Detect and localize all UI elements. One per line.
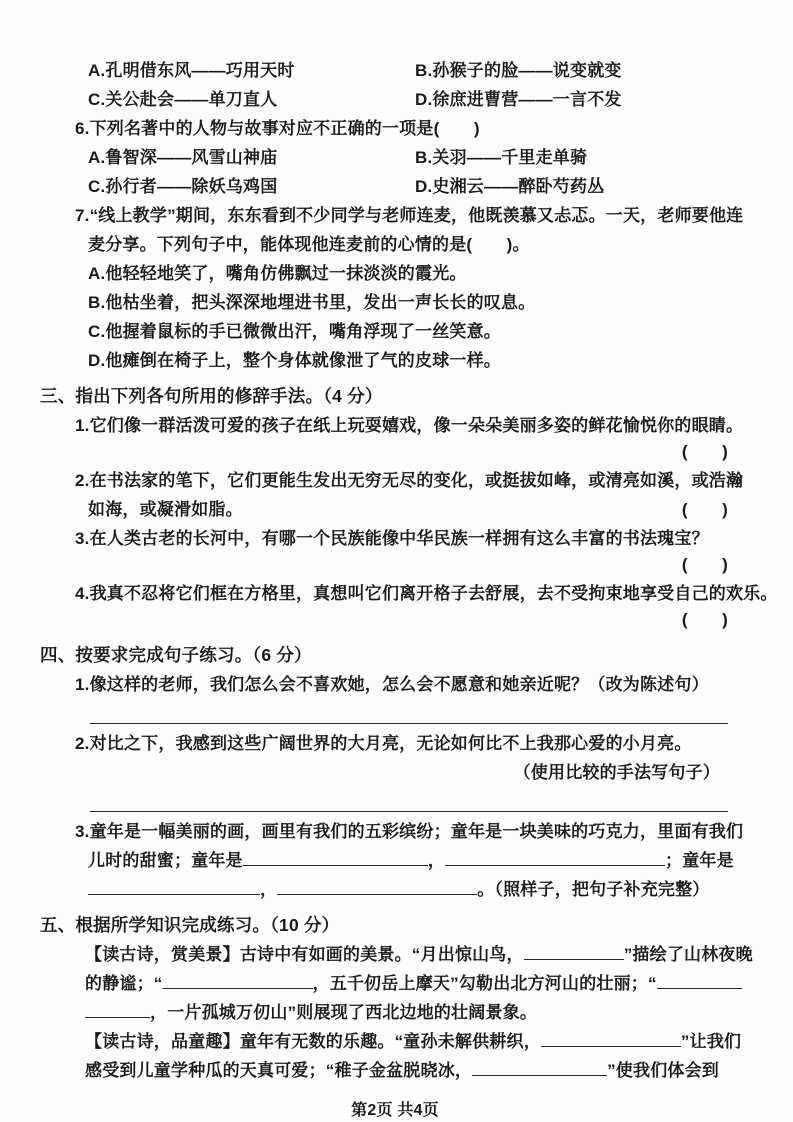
section-5-p2-text: 感受到儿童学种瓜的天真可爱；“稚子金盆脱晓冰， [85,1061,472,1080]
answer-rule [90,811,728,812]
q7-option-c: C.他握着鼠标的手已微微出汗，嘴角浮现了一丝笑意。 [88,317,750,346]
q5-option-b: B.孙猴子的脸——说变就变 [415,56,622,85]
answer-blank [163,972,313,989]
section-3-item-1: 1.它们像一群活泼可爱的孩子在纸上玩耍嬉戏，像一朵朵美丽多姿的鲜花愉悦你的眼睛。 [75,411,750,440]
answer-blank [524,943,624,960]
q6-option-d: D.史湘云——醉卧芍药丛 [415,172,604,201]
q5-options-row-2: C.关公赴会——单刀直人 D.徐庶进曹营——一言不发 [40,85,750,114]
section-3-item-4: 4.我真不忍将它们框在方格里，真想叫它们离开格子去舒展，去不受拘束地享受自己的欢… [75,579,750,608]
section-4-item-3-line-1: 3.童年是一幅美丽的画，画里有我们的五彩缤纷；童年是一块美味的巧克力，里面有我们 [75,817,750,846]
section-5-p2-label: 【读古诗，品童趣】 [85,1032,240,1051]
q7-option-b: B.他枯坐着，把头深深地埋进书里，发出一声长长的叹息。 [88,288,750,317]
q5-option-a: A.孔明借东风——巧用天时 [88,56,415,85]
answer-blank [541,1030,681,1047]
section-4-item-3-line-3: ，。（照样子，把句子补充完整） [88,875,750,904]
section-5-p2-line-1: 【读古诗，品童趣】童年有无数的乐趣。“童孙未解供耕织，”让我们 [85,1027,750,1056]
section-4-item-2-note: （使用比较的手法写句子） [40,758,750,787]
q6-options-row-1: A.鲁智深——风雪山神庙 B.关羽——千里走单骑 [40,143,750,172]
q7-stem-line-2: 麦分享。下列句子中，能体现他连麦前的心情的是( )。 [88,230,750,259]
section-3-item-2-answer-bracket: ( ) [682,495,728,524]
section-3-item-3-answer-bracket: ( ) [40,553,750,579]
section-3-item-2-line-2: 如海，或凝滑如脂。 ( ) [40,495,750,524]
answer-blank [445,849,665,866]
section-4-title: 四、按要求完成句子练习。（6 分） [40,641,750,670]
section-5-p1-line-3: ，一片孤城万仞山”则展现了西北边地的壮阔景象。 [85,998,750,1027]
section-5-title: 五、根据所学知识完成练习。（10 分） [40,911,750,940]
section-5-p2-text: ”使我们体会到 [607,1061,719,1080]
section-4-item-3-text: ；童年是 [665,851,734,870]
section-5-p2-line-2: 感受到儿童学种瓜的天真可爱；“稚子金盆脱晓冰，”使我们体会到 [85,1056,750,1085]
section-5-p1-text: 古诗中有如画的美景。“月出惊山鸟， [240,945,524,964]
section-5-p2-text: 童年有无数的乐趣。“童孙未解供耕织， [240,1032,541,1051]
answer-blank [88,878,260,895]
section-4-item-3-line-2: 儿时的甜蜜；童年是，；童年是 [88,846,750,875]
section-3-item-2-text: 如海，或凝滑如脂。 [88,495,243,524]
q6-stem: 6.下列名著中的人物与故事对应不正确的一项是( ) [75,114,750,143]
q5-option-c: C.关公赴会——单刀直人 [88,85,415,114]
q7-stem-line-1: 7.“线上教学”期间，东东看到不少同学与老师连麦，他既羡慕又忐忑。一天，老师要他… [75,201,750,230]
q6-option-a: A.鲁智深——风雪山神庙 [88,143,415,172]
section-5-p1-text: ，一片孤城万仞山”则展现了西北边地的壮阔景象。 [150,1003,537,1022]
section-5-p1-text: 的静谧；“ [85,974,163,993]
section-4-item-3-text: 儿时的甜蜜；童年是 [88,851,243,870]
q7-option-a: A.他轻轻地笑了，嘴角仿佛飘过一抹淡淡的霞光。 [88,259,750,288]
section-5-p1-line-1: 【读古诗，赏美景】古诗中有如画的美景。“月出惊山鸟，”描绘了山林夜晚 [85,940,750,969]
answer-blank [472,1059,607,1076]
section-5-p2-text: ”让我们 [681,1032,741,1051]
answer-blank [85,1001,150,1018]
exam-page: A.孔明借东风——巧用天时 B.孙猴子的脸——说变就变 C.关公赴会——单刀直人… [0,0,793,1122]
answer-blank [243,849,428,866]
section-3-title: 三、指出下列各句所用的修辞手法。（4 分） [40,382,750,411]
section-5-p1-label: 【读古诗，赏美景】 [85,945,240,964]
section-3-item-3: 3.在人类古老的长河中，有哪一个民族能像中华民族一样拥有这么丰富的书法瑰宝？ [75,524,750,553]
comma: ， [260,880,277,899]
q5-option-d: D.徐庶进曹营——一言不发 [415,85,622,114]
q6-option-b: B.关羽——千里走单骑 [415,143,587,172]
section-3-item-1-answer-bracket: ( ) [40,440,750,466]
section-4-item-1: 1.像这样的老师，我们怎么会不喜欢她，怎么会不愿意和她亲近呢？（改为陈述句） [75,670,750,699]
section-4-item-2-answer-line [40,787,750,817]
comma: ， [428,851,445,870]
section-5-p1-line-2: 的静谧；“，五千仞岳上摩天”勾勒出北方河山的壮丽；“ [85,969,750,998]
q6-options-row-2: C.孙行者——除妖乌鸡国 D.史湘云——醉卧芍药丛 [40,172,750,201]
section-5-p1-text: ，五千仞岳上摩天”勾勒出北方河山的壮丽；“ [313,974,657,993]
section-5-p1-text: ”描绘了山林夜晚 [624,945,753,964]
section-4-item-3-text: 。（照样子，把句子补充完整） [477,880,709,899]
q6-option-c: C.孙行者——除妖乌鸡国 [88,172,415,201]
section-4-item-1-answer-line [40,699,750,729]
page-number: 第2页 共4页 [40,1097,750,1120]
section-4-item-2: 2.对比之下，我感到这些广阔世界的大月亮，无论如何比不上我那心爱的小月亮。 [75,729,750,758]
section-3-item-2-line-1: 2.在书法家的笔下，它们更能生发出无穷无尽的变化，或挺拔如峰，或清亮如溪，或浩瀚 [75,466,750,495]
q5-options-row-1: A.孔明借东风——巧用天时 B.孙猴子的脸——说变就变 [40,56,750,85]
q7-option-d: D.他瘫倒在椅子上，整个身体就像泄了气的皮球一样。 [88,346,750,375]
answer-blank [657,972,742,989]
answer-blank [277,878,477,895]
answer-rule [90,723,728,724]
section-3-item-4-answer-bracket: ( ) [40,608,750,634]
